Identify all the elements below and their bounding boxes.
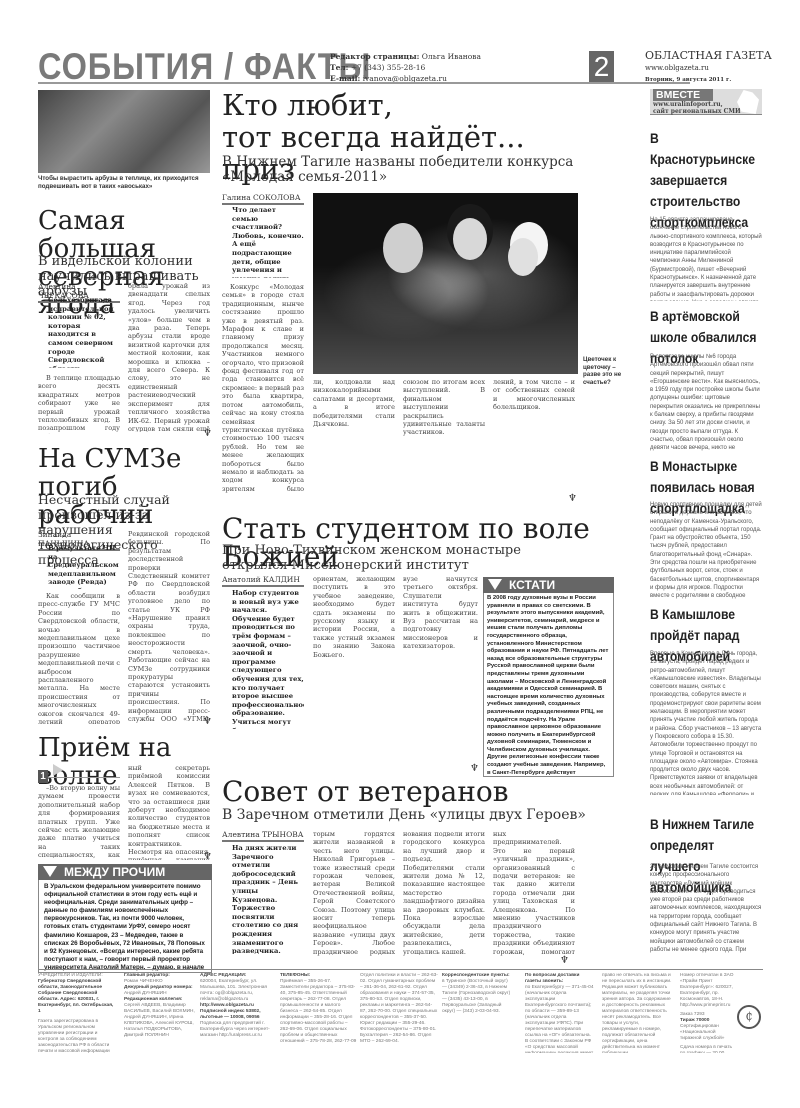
end-mark-icon: ♆ (203, 428, 212, 439)
arrow-icon (53, 764, 63, 776)
kstati-box: КСТАТИ В 2008 году духовные вузы в Росси… (483, 577, 614, 777)
founders-text: Губернатор Свердловской области, Законод… (38, 979, 113, 1014)
phone: +7 (343) 355-28-16 (351, 63, 425, 72)
chief-editor-label: Главный редактор: (124, 973, 170, 978)
board-members: Сергей АВДЕЕВ, Владимир ВАСИЛЬЕВ, Васили… (124, 1003, 196, 1039)
printing-text: Номер отпечатан в ЗАО «Прайм Принт Екате… (680, 973, 735, 1009)
part-number: 1 (38, 770, 48, 783)
footer-correspondents: Корреспондентские пункты: в Туринске (Во… (442, 973, 512, 1053)
delivery-label: По вопросам доставки газеты звонить: (525, 973, 579, 984)
news-text: Новую спортивную площадку для детей откр… (650, 501, 762, 599)
byline: Анатолий КАЛДИН (222, 575, 304, 587)
footer-address: АДРЕС РЕДАКЦИИ: 620004, Екатеринбург, ул… (200, 973, 270, 1053)
byline: Галина СОКОЛОВА (222, 193, 304, 205)
end-mark-icon: ♆ (470, 763, 479, 774)
woman-figure (453, 218, 487, 260)
article-body-col: Конкурс «Молодая семья» в городе стал тр… (222, 283, 304, 493)
article-body-col: ли, колдовали над низкокалорийными салат… (313, 378, 395, 493)
article-body-col: –Во вторую волну мы думаем провести допо… (38, 784, 120, 860)
family-photo (313, 193, 578, 374)
photo-caption: Цветочек к цветочку – разве это не счаст… (583, 356, 623, 386)
footer-delivery: По вопросам доставки газеты звонить: по … (525, 973, 595, 1053)
footer-printing: Номер отпечатан в ЗАО «Прайм Принт Екате… (680, 973, 735, 1053)
girl-figure (508, 238, 538, 276)
header-rule (38, 82, 363, 84)
photo-credit (215, 85, 218, 165)
footer-phones-2: Отдел политики и власти – 262-63-02. Отд… (360, 973, 438, 1053)
article-subtitle: В Нижнем Тагиле названы победители конку… (222, 155, 602, 185)
editor-name: Ольга Иванова (422, 52, 481, 61)
footer-rights: право не отвечать на письма и не пересыл… (602, 973, 674, 1053)
article-body-col: торым гордятся жители названной в честь … (313, 830, 395, 957)
article-body-col: В теплице площадью всего десять квадратн… (38, 374, 120, 434)
article-body-col: вузе начнутся третьего октября. Слушател… (403, 575, 478, 775)
correspondents-label: Корреспондентские пункты: (442, 973, 510, 978)
masthead: ОБЛАСТНАЯ ГАЗЕТА www.oblgazeta.ru Вторни… (645, 50, 772, 86)
vmeste-banner: ВМЕСТЕ www.uralinfoport.ru, сайт региона… (650, 89, 762, 115)
article-subtitle: При Ново-Тихвинском женском монастыре от… (222, 543, 522, 573)
footer-editors: Главный редактор: Роман ЧИЧЕНКО Дежурный… (124, 973, 196, 1053)
news-text: 26 августа в Нижнем Тагиле состоится кон… (650, 863, 762, 955)
vmeste-sub: сайт региональных СМИ (653, 109, 741, 116)
end-mark-icon: ♆ (568, 493, 577, 504)
man-figure (383, 223, 423, 273)
paper-url[interactable]: www.oblgazeta.ru (645, 62, 772, 74)
box-header: МЕЖДУ ПРОЧИМ (38, 864, 212, 880)
footer-founders: УЧРЕДИТЕЛИ И ИЗДАТЕЛИ: Губернатор Свердл… (38, 973, 116, 1053)
phones-text: Приёмная – 355-26-67. Заместители редакт… (280, 979, 358, 1045)
phones-label: ТЕЛЕФОНЫ: (280, 973, 310, 978)
title-line: Кто любит, (222, 89, 602, 121)
end-mark-icon: ♆ (560, 955, 569, 966)
article-body-col: брала урожай из двенадцати спелых ягод. … (128, 282, 210, 432)
correspondents-text: в Туринске (Восточный округ) — (34349) 2… (442, 979, 512, 1015)
end-mark-icon: ♆ (203, 851, 212, 862)
issue-date: Вторник, 9 августа 2011 г. (645, 74, 772, 86)
article-lead: Сельхозбригада исправительной колонии № … (48, 296, 120, 368)
footer-rule (38, 969, 763, 970)
header-rule-right (330, 82, 690, 84)
certified-text: Сертифицирован «Национальной тиражной сл… (680, 1024, 735, 1042)
article-subtitle: В Заречном отметили День «улицы двух Гер… (222, 808, 602, 823)
article-body-col: лений, в том числе – и от собственных се… (493, 378, 575, 493)
article-body-col: Как сообщили в пресс-службе ГУ МЧС Росси… (38, 592, 120, 724)
photo-caption: Чтобы вырастить арбузы в теплице, их при… (38, 175, 210, 191)
page-number: 2 (589, 51, 614, 82)
footer-phones: ТЕЛЕФОНЫ: Приёмная – 355-26-67. Заместит… (280, 973, 358, 1053)
duty-editor-label: Дежурный редактор номера: (124, 985, 193, 990)
phone-label: Тел: (330, 63, 348, 72)
article-body-col: Ревдинской городской больницы. По резуль… (128, 530, 210, 724)
news-text: На 15 августа запланировано окончание ст… (650, 216, 762, 301)
article-body-col: ориентам, желающим поступить в это учебн… (313, 575, 395, 775)
address-label: АДРЕС РЕДАКЦИИ: (200, 973, 246, 978)
news-text: В спортзале школы №6 города Артёмовского… (650, 353, 762, 453)
registration-text: Газета зарегистрирована в Уральском реги… (38, 1019, 116, 1053)
board-label: Редакционная коллегия: (124, 997, 182, 1002)
watermelon-photo (38, 90, 210, 173)
article-lead: На днях жители Заречного отметили доброс… (232, 844, 304, 954)
article-body-col: ный секретарь приёмной комиссии Алексей … (128, 764, 210, 860)
news-text: Впервые в Камышлове в День города, 13 ав… (650, 650, 762, 795)
address-text: 620004, Екатеринбург, ул. Малышева, 101.… (200, 979, 270, 1003)
article-title: Совет от ветеранов (222, 778, 602, 806)
paper-name: ОБЛАСТНАЯ ГАЗЕТА (645, 50, 772, 62)
vmeste-url[interactable]: www.uralinfoport.ru, сайт региональных С… (653, 102, 741, 115)
site-link[interactable]: http://www.oblgazeta.ru (200, 1003, 254, 1008)
part-marker: 1 (38, 764, 120, 778)
article-body-col: ных предпринимателей. Это не первый «ули… (493, 830, 575, 957)
article-lead: Набор студентов в новый вуз уже начался.… (232, 589, 304, 729)
subscription-index: Подписной индекс 53802, льготные — 10008… (200, 1009, 270, 1021)
editor-label: Редактор страницы: (330, 52, 419, 61)
box-header: КСТАТИ (483, 577, 614, 593)
mezhdu-prochim-box: МЕЖДУ ПРОЧИМ В Уральском федеральном уни… (38, 864, 212, 973)
byline: Алевтина ТРЫНОВА (222, 830, 304, 842)
article-body-col: союзом по итогам всех выступлений. В фин… (403, 378, 485, 493)
article-body-col: нования подвели итоги городского конкурс… (403, 830, 485, 957)
article-lead: В результате ЧП на Среднеуральском медеп… (48, 544, 120, 589)
end-mark-icon: ♆ (203, 716, 212, 727)
deadline-text: Сдача номера в печать по графику — 20.00… (680, 1045, 735, 1053)
box-text: В Уральском федеральном университете пом… (38, 880, 212, 973)
certification-seal-icon: ₵ (737, 1005, 761, 1029)
vmeste-label: ВМЕСТЕ (653, 89, 713, 101)
editor-info: Редактор страницы: Ольга Иванова Тел: +7… (330, 51, 481, 84)
box-text: В 2008 году духовные вузы в России уравн… (483, 593, 614, 777)
subscription-note: Подписка для предприятий г. Екатеринбург… (200, 1021, 270, 1039)
article-lead: Что делает семью счастливой? Любовь, кон… (232, 206, 304, 278)
delivery-text: по Екатеринбургу — 371-45-04 (начальник … (525, 985, 595, 1053)
